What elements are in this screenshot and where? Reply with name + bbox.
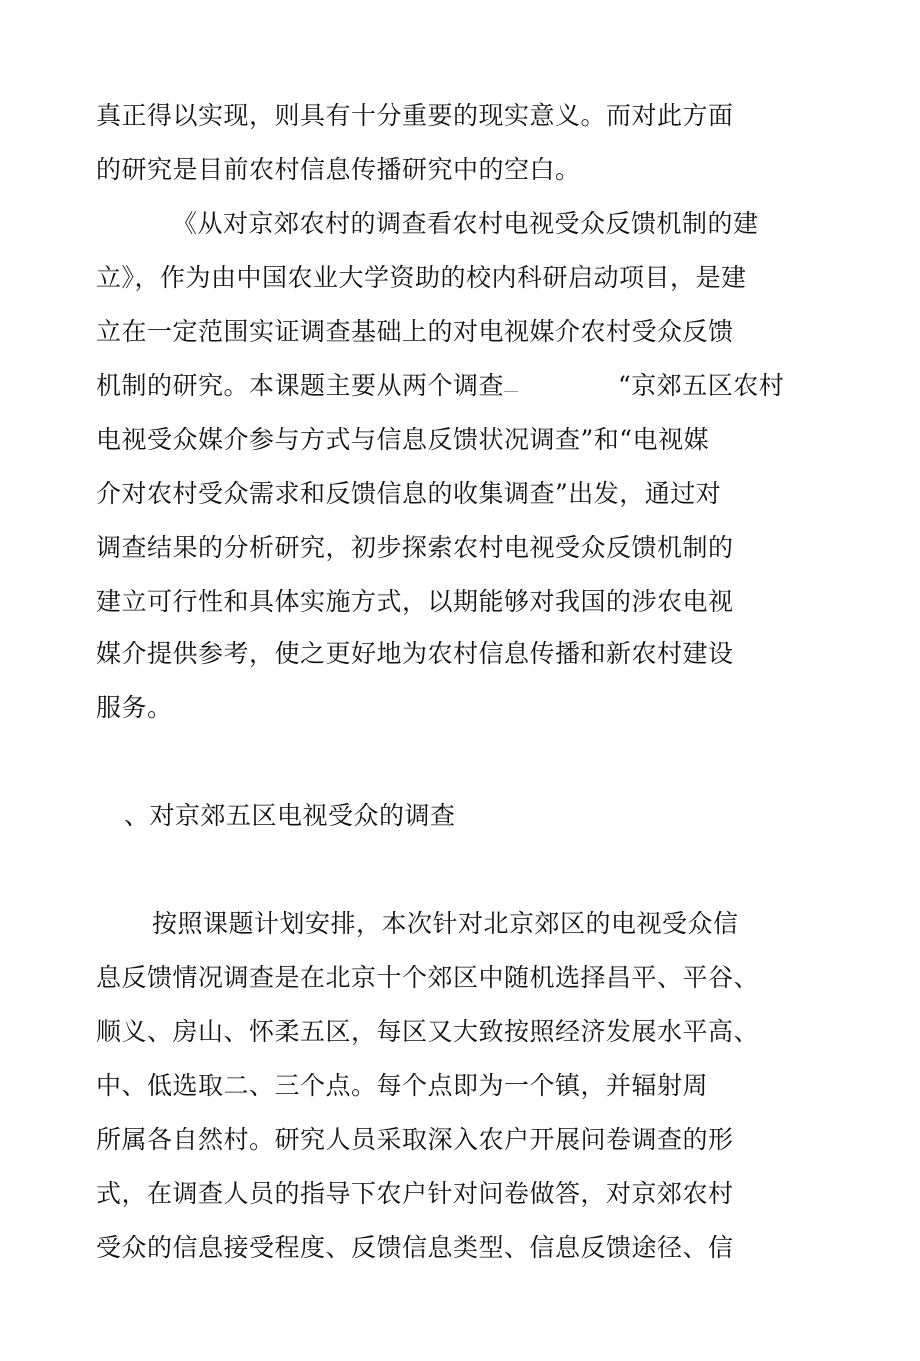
paragraph-2-line-10: 服务。 — [96, 693, 173, 723]
paragraph-2-line-2: 立》，作为由中国农业大学资助的校内科研启动项目，是建 — [96, 263, 747, 293]
paragraph-3-line-5: 所属各自然村。研究人员采取深入农户开展问卷调查的形 — [96, 1125, 734, 1155]
paragraph-1-line-2: 的研究是目前农村信息传播研究中的空白。 — [96, 155, 581, 185]
paragraph-2-line-4-quote: “京郊五区农村 — [618, 371, 784, 400]
paragraph-1-line-1: 真正得以实现，则具有十分重要的现实意义。而对此方面 — [96, 101, 734, 131]
paragraph-2-line-6: 介对农村受众需求和反馈信息的收集调查”出发，通过对 — [96, 479, 721, 509]
paragraph-3-line-2: 息反馈情况调查是在北京十个郊区中随机选择昌平、平谷、 — [96, 963, 759, 993]
paragraph-2-line-4: 机制的研究。本课题主要从两个调查“京郊五区农村 — [96, 371, 784, 401]
paragraph-2-line-3: 立在一定范围实证调查基础上的对电视媒介农村受众反馈 — [96, 317, 734, 347]
paragraph-3-line-1: 按照课题计划安排，本次针对北京郊区的电视受众信 — [152, 909, 739, 939]
paragraph-2-line-1: 《从对京郊农村的调查看农村电视受众反馈机制的建 — [172, 209, 759, 239]
paragraph-3-line-3: 顺义、房山、怀柔五区，每区又大致按照经济发展水平高、 — [96, 1017, 759, 1047]
paragraph-2-line-9: 媒介提供参考，使之更好地为农村信息传播和新农村建设 — [96, 639, 734, 669]
paragraph-2-line-7: 调查结果的分析研究，初步探索农村电视受众反馈机制的 — [96, 533, 734, 563]
section-heading: 、对京郊五区电视受众的调查 — [124, 801, 456, 831]
dash-mark — [504, 391, 518, 392]
paragraph-3-line-6: 式，在调查人员的指导下农户针对问卷做答，对京郊农村 — [96, 1179, 734, 1209]
paragraph-2-line-8: 建立可行性和具体实施方式，以期能够对我国的涉农电视 — [96, 587, 734, 617]
paragraph-2-line-4-text: 机制的研究。本课题主要从两个调查 — [96, 371, 504, 400]
paragraph-2-line-5: 电视受众媒介参与方式与信息反馈状况调查”和“电视媒 — [96, 425, 709, 455]
paragraph-3-line-7: 受众的信息接受程度、反馈信息类型、信息反馈途径、信 — [96, 1233, 734, 1263]
paragraph-3-line-4: 中、低选取二、三个点。每个点即为一个镇，并辐射周 — [96, 1071, 708, 1101]
